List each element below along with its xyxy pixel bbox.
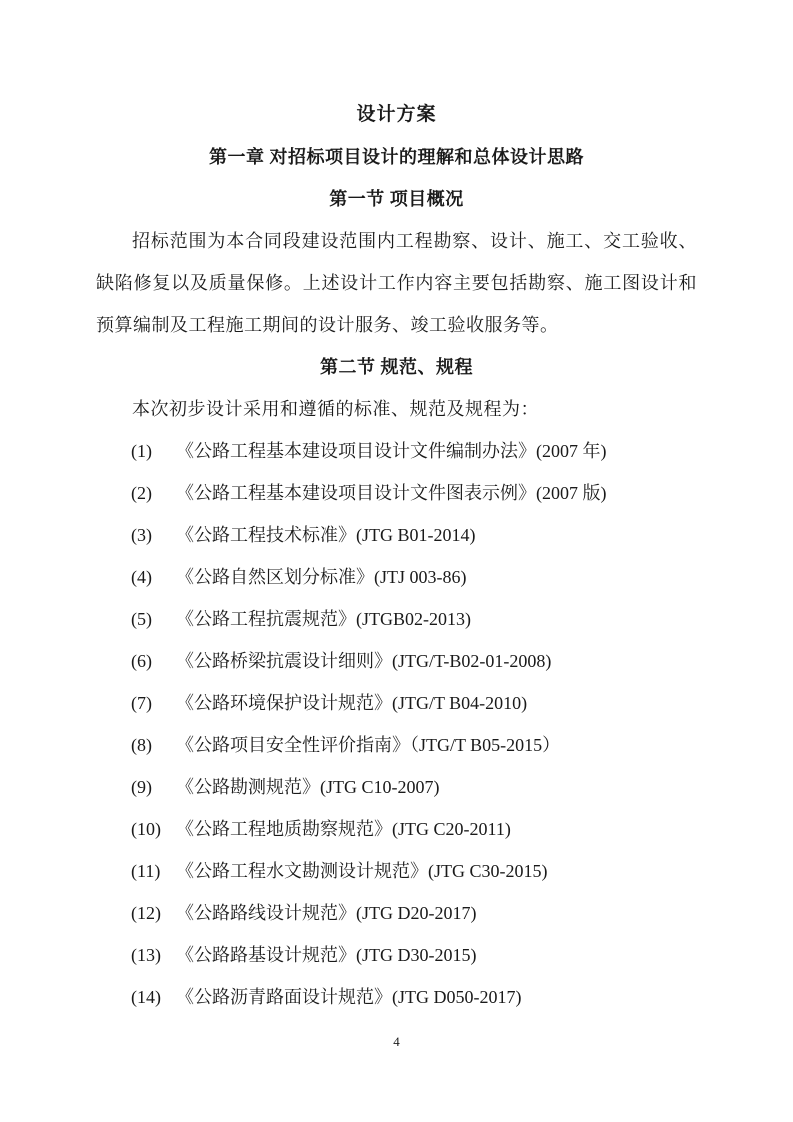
section-heading-project-overview: 第一节 项目概况 bbox=[96, 178, 697, 220]
standards-list-item: (14)《公路沥青路面设计规范》(JTG D050-2017) bbox=[96, 976, 697, 1018]
standard-item-number: (14) bbox=[131, 976, 176, 1018]
standard-item-number: (13) bbox=[131, 934, 176, 976]
standard-item-text: 《公路工程水文勘测设计规范》(JTG C30-2015) bbox=[176, 861, 548, 881]
standards-list-item: (4)《公路自然区划分标准》(JTJ 003-86) bbox=[96, 556, 697, 598]
standard-item-text: 《公路工程技术标准》(JTG B01-2014) bbox=[176, 525, 476, 545]
standard-item-text: 《公路工程抗震规范》(JTGB02-2013) bbox=[176, 609, 471, 629]
standards-list-item: (12)《公路路线设计规范》(JTG D20-2017) bbox=[96, 892, 697, 934]
standards-list-item: (1)《公路工程基本建设项目设计文件编制办法》(2007 年) bbox=[96, 430, 697, 472]
standard-item-text: 《公路工程地质勘察规范》(JTG C20-2011) bbox=[176, 819, 511, 839]
standards-list-item: (10)《公路工程地质勘察规范》(JTG C20-2011) bbox=[96, 808, 697, 850]
standard-item-text: 《公路沥青路面设计规范》(JTG D050-2017) bbox=[176, 987, 521, 1007]
paragraph-project-overview: 招标范围为本合同段建设范围内工程勘察、设计、施工、交工验收、缺陷修复以及质量保修… bbox=[96, 220, 697, 346]
standard-item-number: (10) bbox=[131, 808, 176, 850]
page-number: 4 bbox=[0, 1032, 793, 1052]
standard-item-text: 《公路路线设计规范》(JTG D20-2017) bbox=[176, 903, 476, 923]
standard-item-number: (2) bbox=[131, 472, 176, 514]
standard-item-text: 《公路项目安全性评价指南》（JTG/T B05-2015） bbox=[176, 735, 560, 755]
standard-item-text: 《公路桥梁抗震设计细则》(JTG/T-B02-01-2008) bbox=[176, 651, 551, 671]
document-title: 设计方案 bbox=[96, 94, 697, 136]
standard-item-number: (12) bbox=[131, 892, 176, 934]
chapter-heading: 第一章 对招标项目设计的理解和总体设计思路 bbox=[96, 136, 697, 178]
standards-list-item: (5)《公路工程抗震规范》(JTGB02-2013) bbox=[96, 598, 697, 640]
standard-item-text: 《公路工程基本建设项目设计文件图表示例》(2007 版) bbox=[176, 483, 607, 503]
document-page: 设计方案 第一章 对招标项目设计的理解和总体设计思路 第一节 项目概况 招标范围… bbox=[0, 0, 793, 1122]
standards-list-item: (6)《公路桥梁抗震设计细则》(JTG/T-B02-01-2008) bbox=[96, 640, 697, 682]
standard-item-number: (8) bbox=[131, 724, 176, 766]
standard-item-number: (3) bbox=[131, 514, 176, 556]
standards-intro: 本次初步设计采用和遵循的标准、规范及规程为： bbox=[96, 388, 697, 430]
standard-item-number: (6) bbox=[131, 640, 176, 682]
standards-list-item: (3)《公路工程技术标准》(JTG B01-2014) bbox=[96, 514, 697, 556]
standard-item-number: (5) bbox=[131, 598, 176, 640]
standards-list-item: (9)《公路勘测规范》(JTG C10-2007) bbox=[96, 766, 697, 808]
standard-item-text: 《公路工程基本建设项目设计文件编制办法》(2007 年) bbox=[176, 441, 607, 461]
standards-list-item: (2)《公路工程基本建设项目设计文件图表示例》(2007 版) bbox=[96, 472, 697, 514]
section-heading-standards: 第二节 规范、规程 bbox=[96, 346, 697, 388]
standard-item-text: 《公路勘测规范》(JTG C10-2007) bbox=[176, 777, 440, 797]
standards-list-item: (8)《公路项目安全性评价指南》（JTG/T B05-2015） bbox=[96, 724, 697, 766]
standard-item-number: (7) bbox=[131, 682, 176, 724]
standard-item-number: (4) bbox=[131, 556, 176, 598]
standard-item-number: (11) bbox=[131, 850, 176, 892]
standard-item-text: 《公路自然区划分标准》(JTJ 003-86) bbox=[176, 567, 467, 587]
standards-list-item: (7)《公路环境保护设计规范》(JTG/T B04-2010) bbox=[96, 682, 697, 724]
standard-item-number: (9) bbox=[131, 766, 176, 808]
standard-item-text: 《公路环境保护设计规范》(JTG/T B04-2010) bbox=[176, 693, 527, 713]
standards-list: (1)《公路工程基本建设项目设计文件编制办法》(2007 年) (2)《公路工程… bbox=[96, 430, 697, 1018]
standards-list-item: (13)《公路路基设计规范》(JTG D30-2015) bbox=[96, 934, 697, 976]
standard-item-text: 《公路路基设计规范》(JTG D30-2015) bbox=[176, 945, 476, 965]
standard-item-number: (1) bbox=[131, 430, 176, 472]
standards-list-item: (11)《公路工程水文勘测设计规范》(JTG C30-2015) bbox=[96, 850, 697, 892]
